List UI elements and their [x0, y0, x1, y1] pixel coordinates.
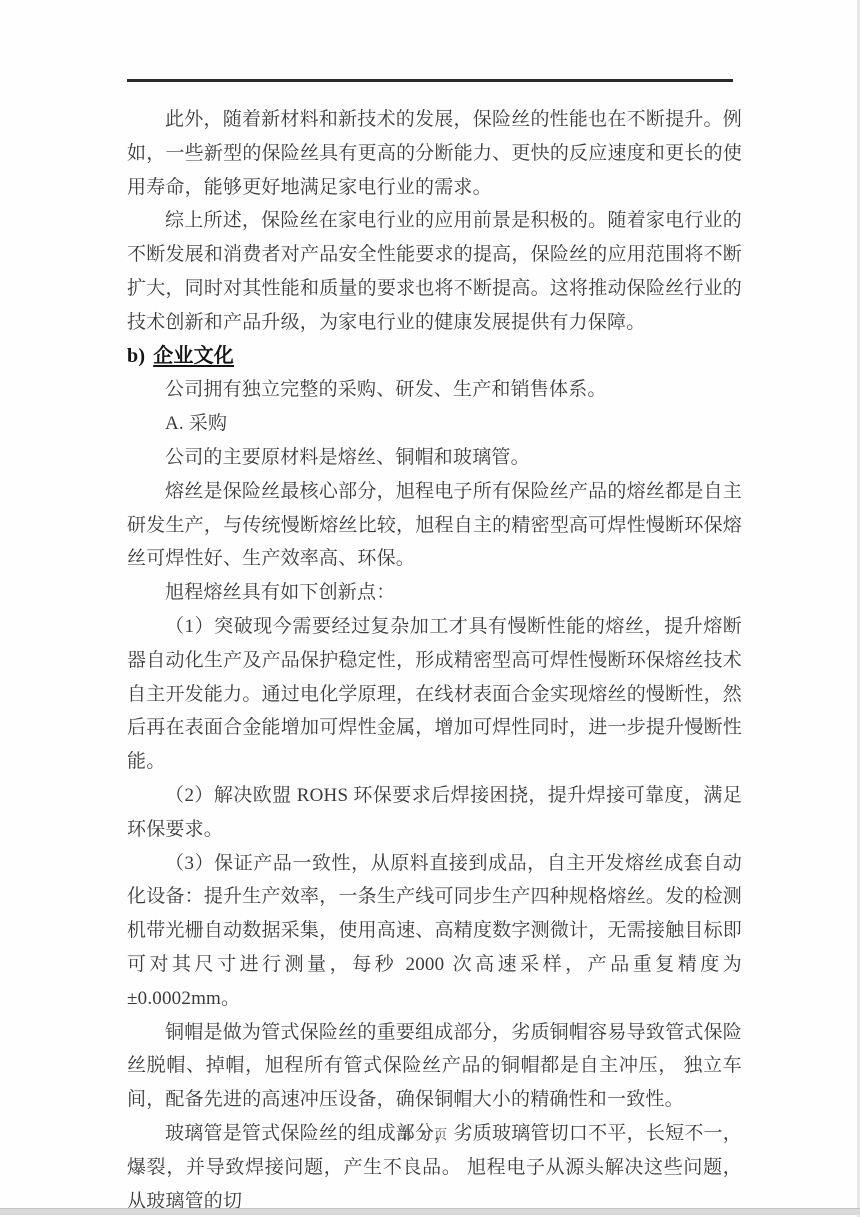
paragraph: 铜帽是做为管式保险丝的重要组成部分，劣质铜帽容易导致管式保险丝脱帽、掉帽，旭程所…	[127, 1016, 742, 1117]
section-heading-text: 企业文化	[153, 345, 234, 367]
document-body: 此外，随着新材料和新技术的发展，保险丝的性能也在不断提升。例如，一些新型的保险丝…	[127, 103, 742, 1217]
page-number: 第 3 页	[0, 1123, 848, 1143]
paragraph: 公司拥有独立完整的采购、研发、生产和销售体系。	[127, 373, 742, 407]
paragraph: 此外，随着新材料和新技术的发展，保险丝的性能也在不断提升。例如，一些新型的保险丝…	[127, 103, 742, 204]
paragraph: 公司的主要原材料是熔丝、铜帽和玻璃管。	[127, 441, 742, 475]
paragraph: A. 采购	[127, 407, 742, 441]
page-bottom-edge	[0, 1208, 860, 1215]
header-rule	[127, 79, 733, 82]
paragraph: （1）突破现今需要经过复杂加工才具有慢断性能的熔丝，提升熔断器自动化生产及产品保…	[127, 610, 742, 779]
paragraph: 综上所述，保险丝在家电行业的应用前景是积极的。随着家电行业的不断发展和消费者对产…	[127, 204, 742, 339]
paragraph: 熔丝是保险丝最核心部分，旭程电子所有保险丝产品的熔丝都是自主研发生产，与传统慢断…	[127, 475, 742, 576]
paragraph: 旭程熔丝具有如下创新点：	[127, 576, 742, 610]
paragraph: （3）保证产品一致性，从原料直接到成品，自主开发熔丝成套自动化设备：提升生产效率…	[127, 847, 742, 1016]
paragraph: （2）解决欧盟 ROHS 环保要求后焊接困挠，提升焊接可靠度，满足环保要求。	[127, 779, 742, 847]
section-heading-prefix: b)	[127, 345, 145, 367]
section-heading: b)企业文化	[127, 340, 742, 374]
document-page: 此外，随着新材料和新技术的发展，保险丝的性能也在不断提升。例如，一些新型的保险丝…	[0, 0, 860, 1217]
